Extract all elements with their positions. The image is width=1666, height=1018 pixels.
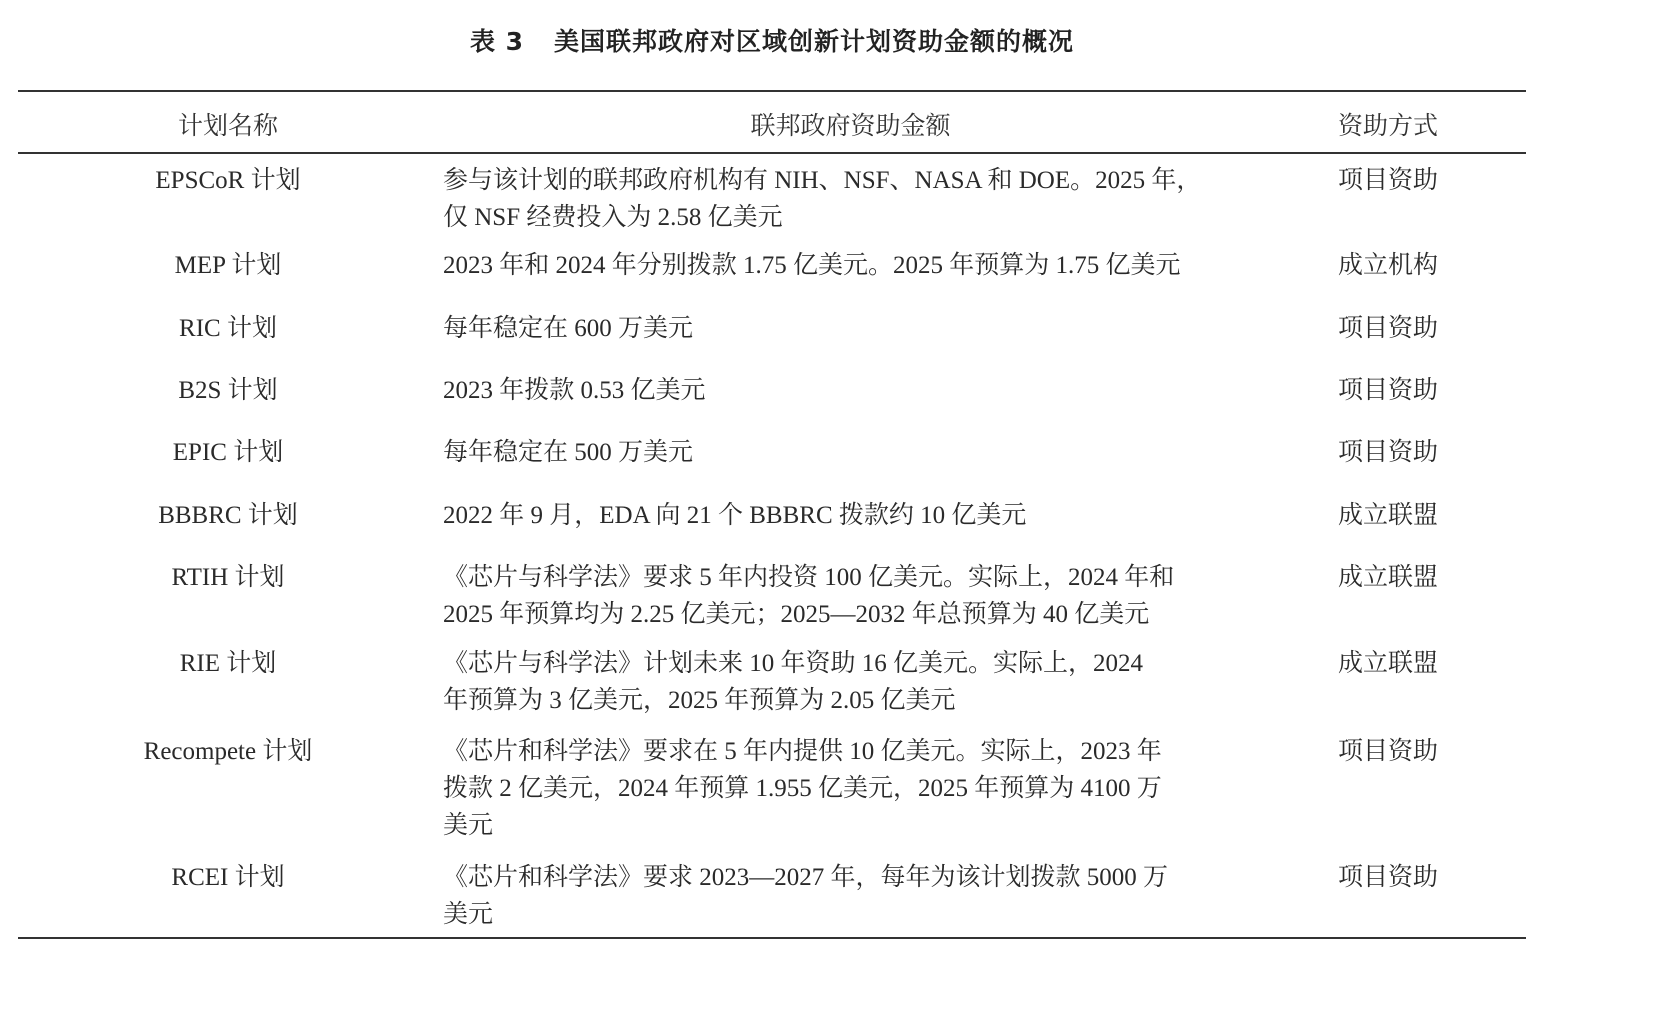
funding-amount-cell: 《芯片与科学法》要求 5 年内投资 100 亿美元。实际上，2024 年和202… bbox=[443, 559, 1268, 633]
funding-amount-line: 2023 年拨款 0.53 亿美元 bbox=[443, 372, 1268, 409]
header-funding-method: 资助方式 bbox=[1338, 106, 1458, 142]
plan-name-cell: B2S 计划 bbox=[36, 372, 420, 409]
plan-name-cell: RTIH 计划 bbox=[36, 559, 420, 596]
funding-method-cell: 项目资助 bbox=[1338, 372, 1458, 409]
funding-amount-line: 美元 bbox=[443, 896, 1268, 933]
funding-amount-line: 参与该计划的联邦政府机构有 NIH、NSF、NASA 和 DOE。2025 年， bbox=[443, 162, 1268, 199]
funding-amount-line: 2022 年 9 月，EDA 向 21 个 BBBRC 拨款约 10 亿美元 bbox=[443, 497, 1268, 534]
funding-amount-line: 仅 NSF 经费投入为 2.58 亿美元 bbox=[443, 199, 1268, 236]
table-bottom-rule bbox=[18, 937, 1526, 939]
table-caption: 表 3美国联邦政府对区域创新计划资助金额的概况 bbox=[0, 22, 1544, 58]
header-federal-funding: 联邦政府资助金额 bbox=[443, 106, 1258, 142]
funding-amount-cell: 《芯片和科学法》要求 2023—2027 年，每年为该计划拨款 5000 万美元 bbox=[443, 859, 1268, 933]
funding-method-cell: 项目资助 bbox=[1338, 310, 1458, 347]
funding-method-cell: 项目资助 bbox=[1338, 859, 1458, 896]
plan-name-cell: RIE 计划 bbox=[36, 645, 420, 682]
plan-name-cell: EPSCoR 计划 bbox=[36, 162, 420, 199]
plan-name-cell: Recompete 计划 bbox=[36, 733, 420, 770]
funding-amount-line: 《芯片与科学法》计划未来 10 年资助 16 亿美元。实际上，2024 bbox=[443, 645, 1268, 682]
table-title: 美国联邦政府对区域创新计划资助金额的概况 bbox=[554, 27, 1074, 56]
funding-amount-line: 2025 年预算均为 2.25 亿美元；2025—2032 年总预算为 40 亿… bbox=[443, 596, 1268, 633]
funding-amount-line: 《芯片与科学法》要求 5 年内投资 100 亿美元。实际上，2024 年和 bbox=[443, 559, 1268, 596]
table-number: 表 3 bbox=[470, 27, 524, 56]
funding-amount-cell: 每年稳定在 500 万美元 bbox=[443, 434, 1268, 471]
plan-name-cell: RIC 计划 bbox=[36, 310, 420, 347]
plan-name-cell: RCEI 计划 bbox=[36, 859, 420, 896]
funding-amount-line: 每年稳定在 500 万美元 bbox=[443, 434, 1268, 471]
funding-amount-line: 《芯片和科学法》要求 2023—2027 年，每年为该计划拨款 5000 万 bbox=[443, 859, 1268, 896]
funding-amount-cell: 《芯片与科学法》计划未来 10 年资助 16 亿美元。实际上，2024年预算为 … bbox=[443, 645, 1268, 719]
plan-name-cell: BBBRC 计划 bbox=[36, 497, 420, 534]
header-plan-name: 计划名称 bbox=[36, 106, 420, 142]
funding-method-cell: 项目资助 bbox=[1338, 434, 1458, 471]
funding-method-cell: 项目资助 bbox=[1338, 733, 1458, 770]
funding-amount-line: 年预算为 3 亿美元，2025 年预算为 2.05 亿美元 bbox=[443, 682, 1268, 719]
funding-amount-cell: 参与该计划的联邦政府机构有 NIH、NSF、NASA 和 DOE。2025 年，… bbox=[443, 162, 1268, 236]
funding-method-cell: 成立联盟 bbox=[1338, 497, 1458, 534]
funding-method-cell: 项目资助 bbox=[1338, 162, 1458, 199]
funding-amount-cell: 2022 年 9 月，EDA 向 21 个 BBBRC 拨款约 10 亿美元 bbox=[443, 497, 1268, 534]
funding-amount-line: 《芯片和科学法》要求在 5 年内提供 10 亿美元。实际上，2023 年 bbox=[443, 733, 1268, 770]
plan-name-cell: MEP 计划 bbox=[36, 247, 420, 284]
table-header-rule bbox=[18, 152, 1526, 154]
funding-amount-line: 美元 bbox=[443, 807, 1268, 844]
funding-method-cell: 成立联盟 bbox=[1338, 645, 1458, 682]
table-top-rule bbox=[18, 90, 1526, 92]
funding-amount-cell: 2023 年拨款 0.53 亿美元 bbox=[443, 372, 1268, 409]
funding-amount-cell: 《芯片和科学法》要求在 5 年内提供 10 亿美元。实际上，2023 年拨款 2… bbox=[443, 733, 1268, 844]
funding-amount-line: 2023 年和 2024 年分别拨款 1.75 亿美元。2025 年预算为 1.… bbox=[443, 247, 1268, 284]
funding-amount-cell: 2023 年和 2024 年分别拨款 1.75 亿美元。2025 年预算为 1.… bbox=[443, 247, 1268, 284]
funding-method-cell: 成立机构 bbox=[1338, 247, 1458, 284]
funding-amount-cell: 每年稳定在 600 万美元 bbox=[443, 310, 1268, 347]
funding-method-cell: 成立联盟 bbox=[1338, 559, 1458, 596]
funding-amount-line: 拨款 2 亿美元，2024 年预算 1.955 亿美元，2025 年预算为 41… bbox=[443, 770, 1268, 807]
funding-amount-line: 每年稳定在 600 万美元 bbox=[443, 310, 1268, 347]
plan-name-cell: EPIC 计划 bbox=[36, 434, 420, 471]
